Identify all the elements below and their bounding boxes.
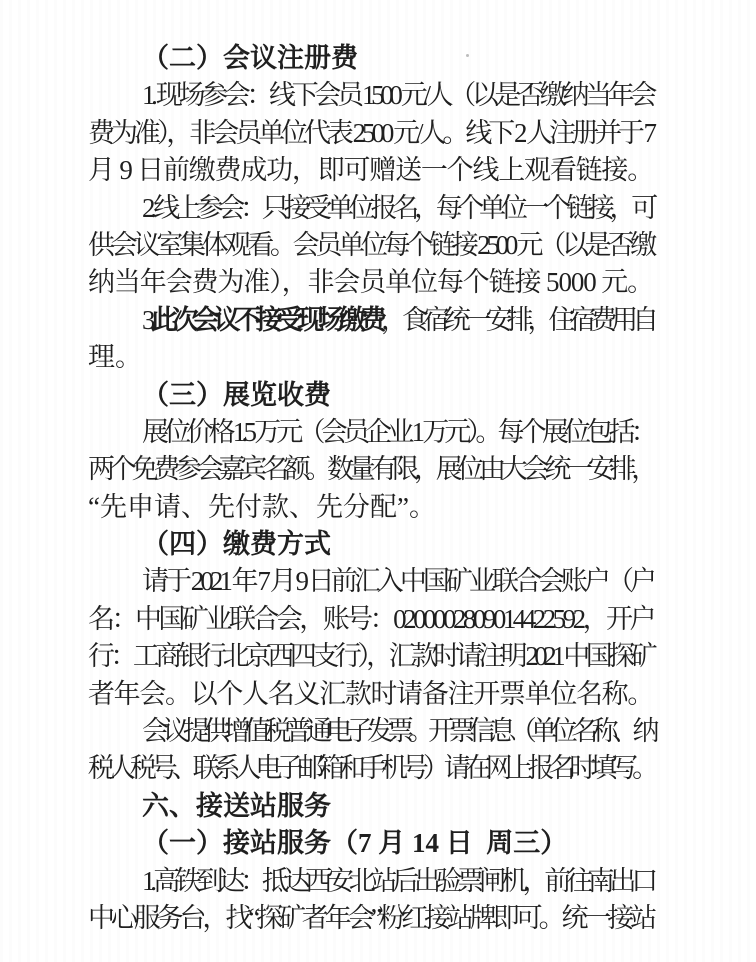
doc-line: 1. 高铁到达：抵达西安北站后出验票闸机，前往南出口	[88, 863, 653, 900]
doc-line: 请于 2021 年 7 月 9 日前汇入中国矿业联合会账户（户	[88, 563, 653, 600]
doc-line-continuation: ，食宿统一安排，住宿费用自	[381, 305, 653, 335]
doc-line: “先申请、先付款、先分配”。	[88, 489, 653, 526]
heading-registration-fee: （二）会议注册费	[88, 40, 653, 77]
heading-shuttle-service: 六、接送站服务	[88, 788, 653, 825]
doc-line: 两个免费参会嘉宾名额。数量有限，展位由大会统一安排，	[88, 451, 653, 488]
heading-payment-method: （四）缴费方式	[88, 526, 653, 563]
doc-line: 费为准），非会员单位代表 2500 元/人。线下 2 人注册并于 7	[88, 115, 653, 152]
doc-line: 会议提供增值税普通电子发票。开票信息（单位名称、纳	[88, 713, 653, 750]
doc-line: 1. 现场参会：线下会员 1500 元/人（以是否缴纳当年会	[88, 77, 653, 114]
doc-line-account-number: 名：中国矿业联合会，账号：0200002809014422592，开户	[88, 601, 653, 638]
emphasis-no-onsite-payment: 此次会议不接受现场缴费	[151, 305, 381, 335]
doc-line: 者年会。以个人名义汇款时请备注开票单位名称。	[88, 676, 653, 713]
list-number: 3.	[142, 305, 151, 335]
doc-line: 理。	[88, 339, 653, 376]
doc-line: 供会议室集体观看。会员单位每个链接 2500 元（以是否缴	[88, 227, 653, 264]
doc-line: 中心服务台，找“探矿者年会”粉红接站牌即可。统一接站	[88, 900, 653, 937]
doc-line: 2. 线上参会：只接受单位报名，每个单位一个链接，可	[88, 190, 653, 227]
heading-pickup-service: （一）接站服务（7 月 14 日 周三）	[88, 825, 653, 862]
doc-line: 行：工商银行北京西四支行），汇款时请注明 2021 中国探矿	[88, 638, 653, 675]
doc-line: 3. 此次会议不接受现场缴费，食宿统一安排，住宿费用自	[88, 302, 653, 339]
doc-line: 展位价格 1.5 万元（会员企业 1 万元）。每个展位包括：	[88, 414, 653, 451]
doc-line: 纳当年会费为准），非会员单位每个链接 5000 元。	[88, 264, 653, 301]
heading-exhibition-fee: （三）展览收费	[88, 377, 653, 414]
doc-line: 税人税号、联系人电子邮箱和手机号）请在网上报名时填写。	[88, 750, 653, 787]
doc-line: 月 9 日前缴费成功，即可赠送一个线上观看链接。	[88, 152, 653, 189]
document-body: （二）会议注册费 1. 现场参会：线下会员 1500 元/人（以是否缴纳当年会 …	[88, 40, 653, 937]
